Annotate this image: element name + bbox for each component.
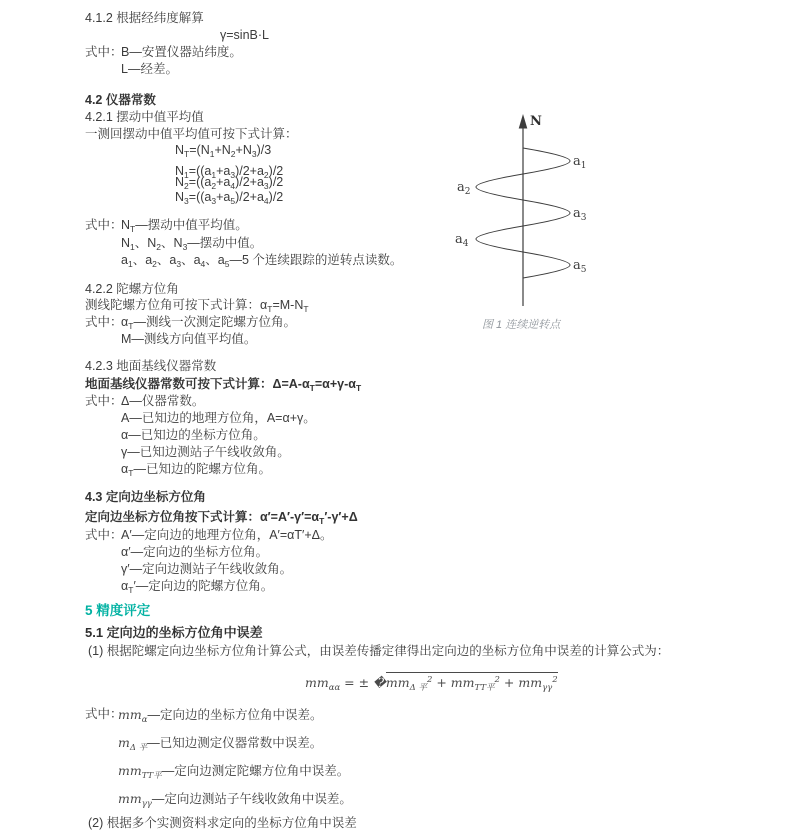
note-desc: —经差。 [128, 62, 178, 76]
note-prefix-5-1: 式中： [85, 706, 123, 723]
note-desc: —定向边的地理方位角，A′=αT′+Δ。 [132, 528, 333, 542]
figure-point-label-a5: a5 [573, 258, 587, 273]
note-item: L—经差。 [121, 61, 178, 78]
note-item: a1、a2、a3、a4、a5—5 个连续跟踪的逆转点读数。 [121, 252, 402, 269]
reversal-points-diagram [450, 110, 625, 310]
figure-point-label-a2: a2 [457, 180, 471, 195]
note-desc: —测线方向值平均值。 [131, 332, 256, 346]
note-sym: α′ [121, 545, 131, 559]
note-sym: mΔ 平 [118, 735, 147, 750]
note-sym: L [121, 62, 128, 76]
note-desc: —定向边测站子午线收敛角。 [130, 562, 293, 576]
note-desc: —摆动中值。 [187, 236, 262, 250]
heading-5-1: 5.1 定向边的坐标方位角中误差 [85, 624, 263, 641]
heading-4-1-2: 4.1.2 根据经纬度解算 [85, 10, 204, 27]
figure-caption: 图 1 连续逆转点 [482, 316, 560, 332]
note-item: NT—摆动中值平均值。 [121, 217, 248, 234]
intro-4-2-2: 测线陀螺方位角可按下式计算：αT=M-NT [85, 297, 309, 314]
note-item: mmγγ—定向边测站子午线收敛角中误差。 [118, 790, 352, 808]
heading-5: 5 精度评定 [85, 602, 150, 619]
paragraph-2: (2) 根据多个实测资料求定向的坐标方位角中误差 [88, 815, 357, 832]
note-item: A′—定向边的地理方位角，A′=αT′+Δ。 [121, 527, 333, 544]
heading-4-2: 4.2 仪器常数 [85, 92, 156, 109]
note-desc: —已知边的陀螺方位角。 [133, 462, 271, 476]
note-desc: —定向边的陀螺方位角。 [136, 579, 274, 593]
formula-error: mmαα = ± �mmΔ 平2 + mmTT平2 + mmγγ2 [305, 672, 558, 691]
heading-4-2-1: 4.2.1 摆动中值平均值 [85, 109, 204, 126]
north-arrowhead [519, 114, 528, 129]
note-desc: —安置仪器站纬度。 [129, 45, 242, 59]
formula-error-radicand: mmΔ 平2 + mmTT平2 + mmγγ2 [386, 672, 558, 691]
note-item: αT′—定向边的陀螺方位角。 [121, 578, 273, 595]
heading-4-2-3: 4.2.3 地面基线仪器常数 [85, 358, 216, 375]
note-desc: —定向边的坐标方位角。 [131, 545, 269, 559]
note-sym: mmTT平 [118, 763, 162, 778]
formula-gamma: γ=sinB·L [220, 27, 269, 44]
heading-4-3: 4.3 定向边坐标方位角 [85, 489, 206, 506]
note-desc: —定向边测站子午线收敛角中误差。 [152, 792, 352, 806]
figure-point-label-a4: a4 [455, 232, 469, 247]
note-prefix-4-2-1: 式中： [85, 217, 123, 234]
note-item: B—安置仪器站纬度。 [121, 44, 242, 61]
figure-point-label-a1: a1 [573, 154, 587, 169]
note-item: M—测线方向值平均值。 [121, 331, 256, 348]
note-prefix-4-3: 式中： [85, 527, 123, 544]
note-prefix-4-2-3: 式中： [85, 393, 123, 410]
intro-4-2-3: 地面基线仪器常数可按下式计算：Δ=A-αT=α+γ-αT [85, 376, 361, 393]
figure-1: N a1 a2 a3 a4 a5 图 1 连续逆转点 [450, 110, 625, 340]
note-sym: αT [121, 462, 133, 476]
note-desc: —定向边测定陀螺方位角中误差。 [162, 764, 350, 778]
note-desc: —测线一次测定陀螺方位角。 [133, 315, 296, 329]
intro-4-2-1: 一测回摆动中值平均值可按下式计算： [85, 126, 298, 143]
note-item: αT—测线一次测定陀螺方位角。 [121, 314, 296, 331]
note-prefix-4-1-2: 式中： [85, 44, 123, 61]
note-item: N1、N2、N3—摆动中值。 [121, 235, 262, 252]
note-sym: mmα [118, 707, 147, 722]
note-item: mΔ 平—已知边测定仪器常数中误差。 [118, 734, 322, 752]
note-sym: M [121, 332, 131, 346]
note-prefix-4-2-2: 式中： [85, 314, 123, 331]
note-sym: γ′ [121, 562, 130, 576]
document-page: 4.1.2 根据经纬度解算 γ=sinB·L 式中： B—安置仪器站纬度。 L—… [0, 0, 785, 837]
note-desc: —仪器常数。 [129, 394, 204, 408]
note-item: mmTT平—定向边测定陀螺方位角中误差。 [118, 762, 349, 780]
note-sym: N1、N2、N3 [121, 236, 187, 250]
intro-4-3: 定向边坐标方位角按下式计算：α′=A′-γ′=αT′-γ′+Δ [85, 509, 358, 526]
note-item: Δ—仪器常数。 [121, 393, 204, 410]
note-item: mmα—定向边的坐标方位角中误差。 [118, 706, 322, 724]
note-sym: a1、a2、a3、a4、a5 [121, 253, 229, 267]
note-sym: αT′ [121, 579, 136, 593]
heading-4-2-2: 4.2.2 陀螺方位角 [85, 281, 179, 298]
note-item: α′—定向边的坐标方位角。 [121, 544, 268, 561]
formula-n3: N3=((a3+a5)/2+a4)/2 [175, 189, 283, 206]
note-item: γ—已知边测站子午线收敛角。 [121, 444, 290, 461]
formula-error-lhs: mmαα = ± � [305, 675, 386, 690]
note-sym: αT [121, 315, 133, 329]
figure-point-label-a3: a3 [573, 206, 587, 221]
note-desc: —5 个连续跟踪的逆转点读数。 [229, 253, 402, 267]
figure-axis-n-label: N [530, 114, 542, 129]
note-item: A—已知边的地理方位角，A=α+γ。 [121, 410, 316, 427]
note-desc: —定向边的坐标方位角中误差。 [147, 708, 322, 722]
paragraph-1: (1) 根据陀螺定向边坐标方位角计算公式，由误差传播定律得出定向边的坐标方位角中… [88, 643, 669, 660]
note-sym: mmγγ [118, 791, 152, 806]
note-desc: —已知边测定仪器常数中误差。 [147, 736, 322, 750]
note-desc: —已知边测站子午线收敛角。 [127, 445, 290, 459]
note-item: αT—已知边的陀螺方位角。 [121, 461, 271, 478]
note-sym: NT [121, 218, 135, 232]
note-item: α—已知边的坐标方位角。 [121, 427, 266, 444]
note-desc: —已知边的坐标方位角。 [128, 428, 266, 442]
formula-nt: NT=(N1+N2+N3)/3 [175, 142, 271, 159]
note-desc: —摆动中值平均值。 [135, 218, 248, 232]
note-sym: A′ [121, 528, 132, 542]
note-desc: —已知边的地理方位角，A=α+γ。 [129, 411, 315, 425]
note-item: γ′—定向边测站子午线收敛角。 [121, 561, 292, 578]
